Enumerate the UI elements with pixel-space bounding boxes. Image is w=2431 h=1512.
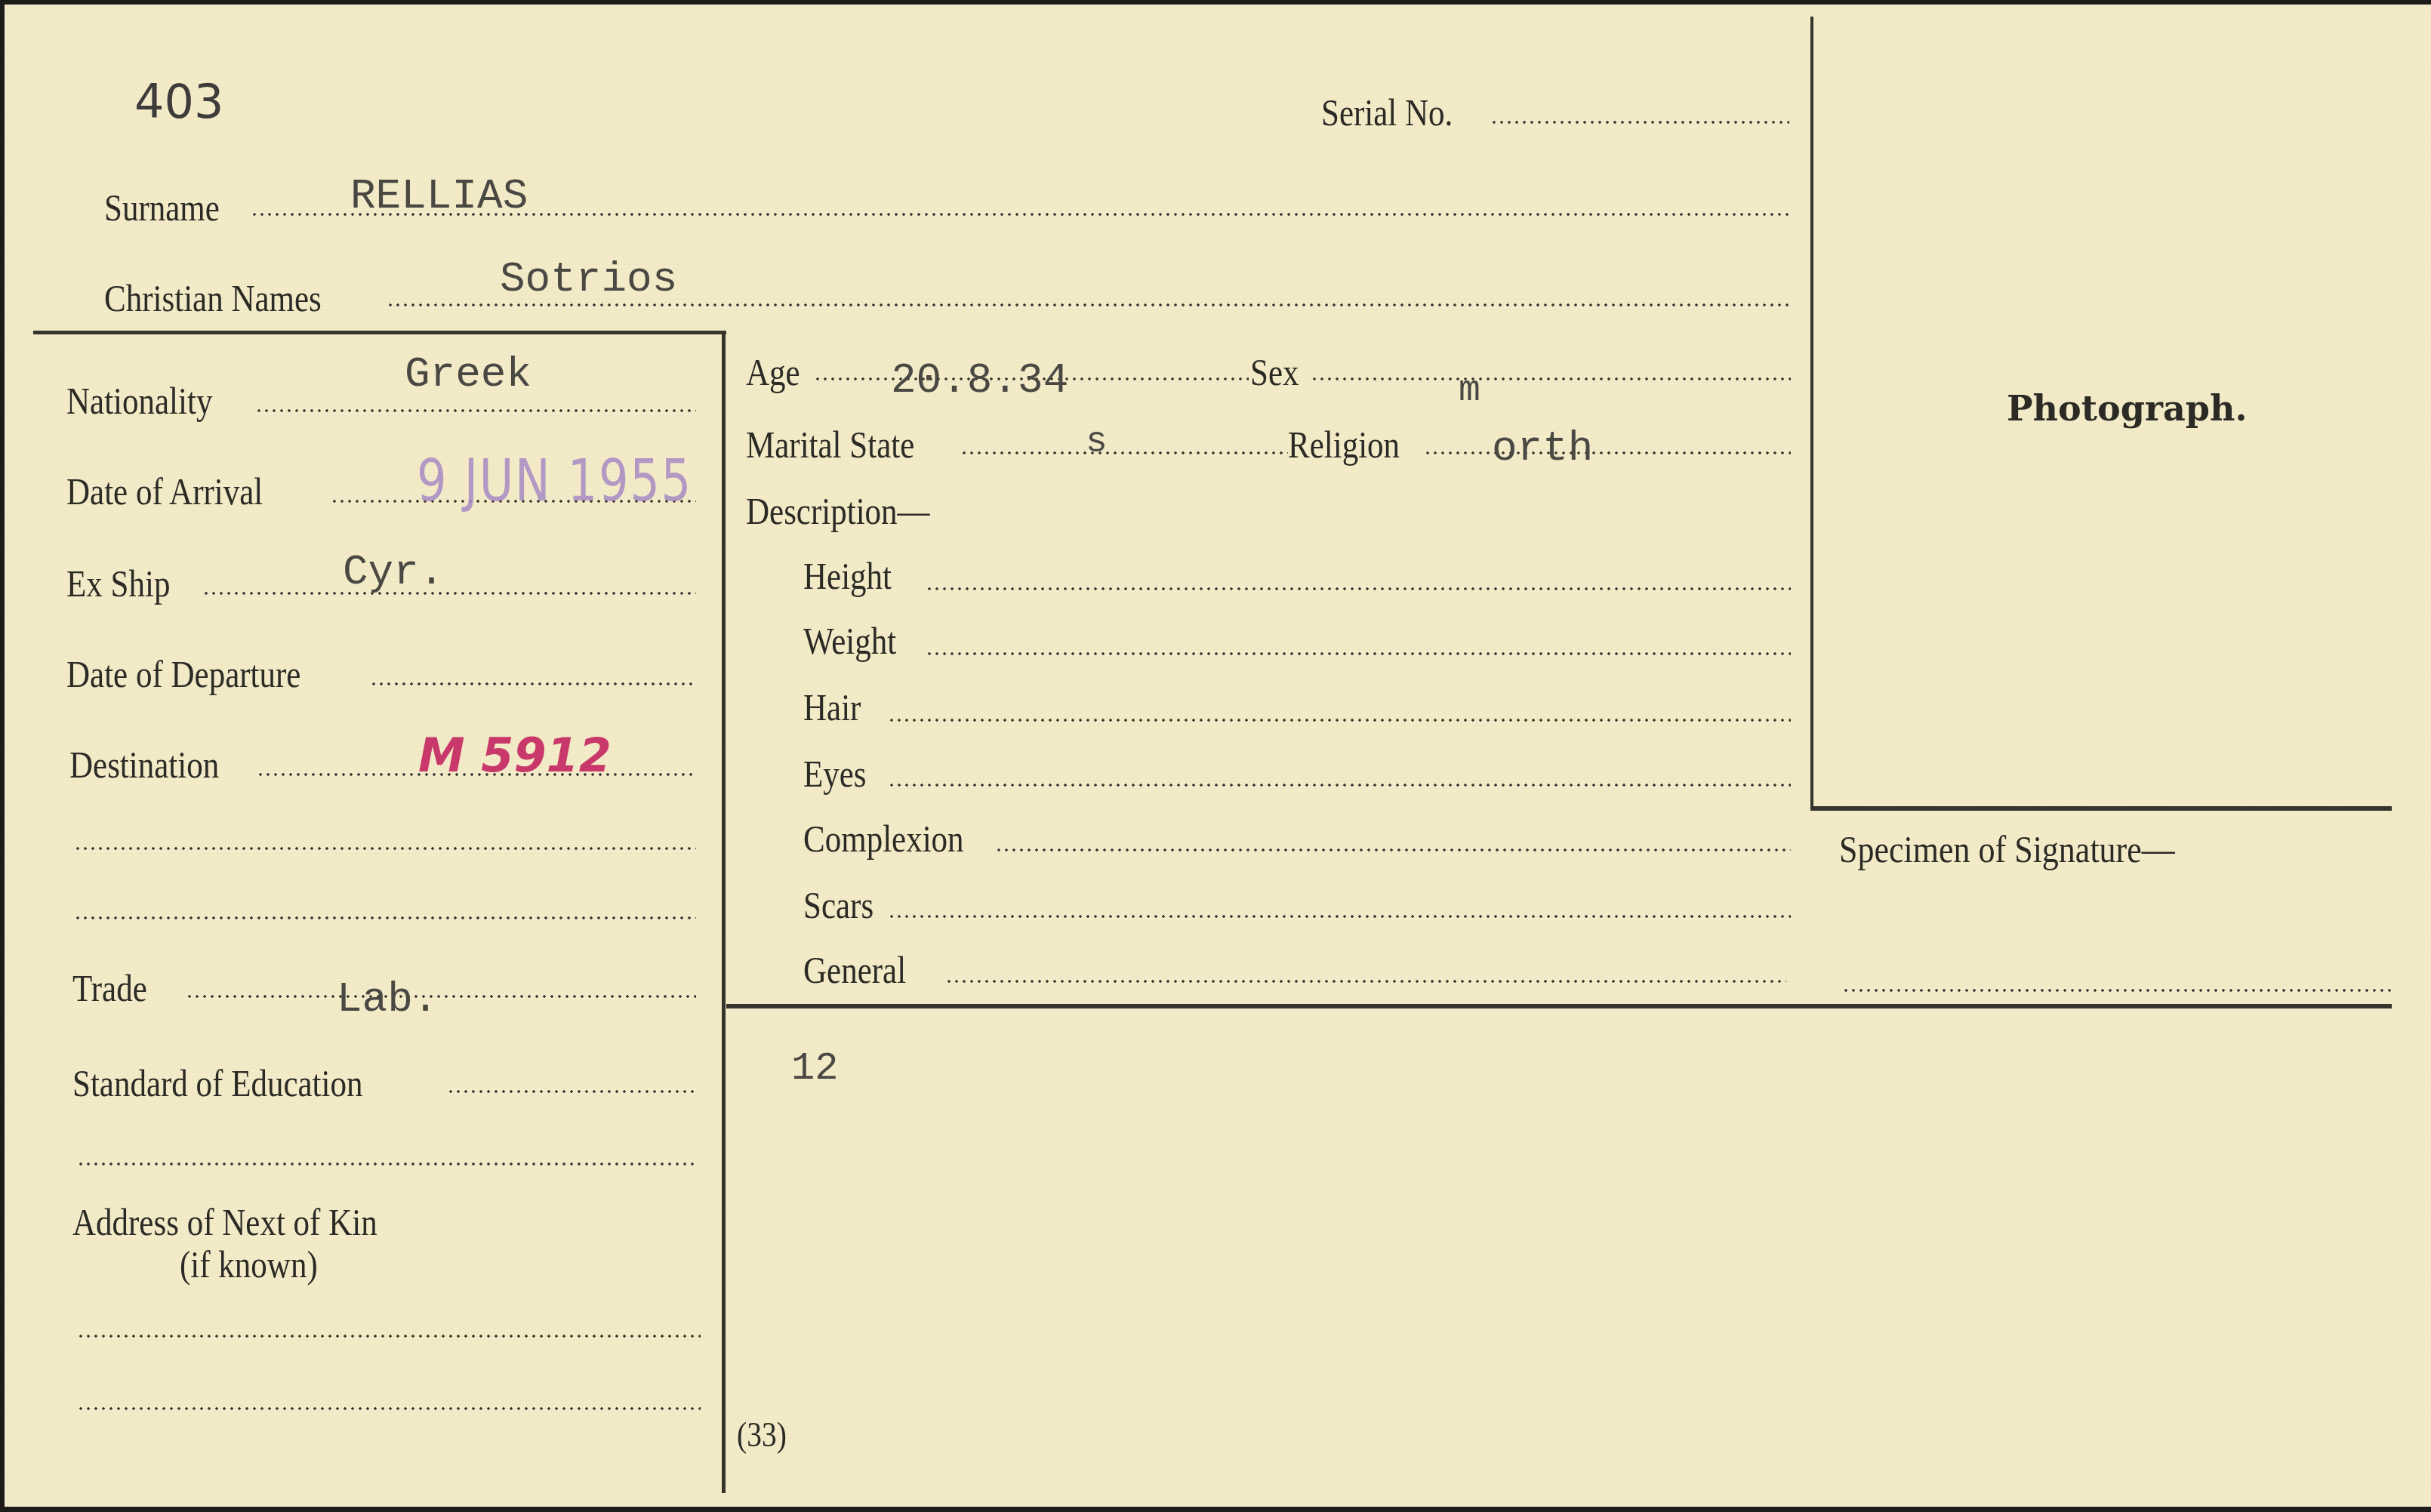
weight-label: Weight: [803, 622, 896, 660]
height-field[interactable]: [926, 587, 1791, 590]
date-of-departure-label: Date of Departure: [66, 655, 300, 693]
age-value: 20.8.34: [891, 359, 1068, 402]
photo-box-left-rule: [1810, 17, 1813, 811]
trade-value: Lab.: [337, 978, 438, 1021]
scars-field[interactable]: [888, 915, 1791, 918]
general-label: General: [803, 951, 906, 989]
signature-label: Specimen of Signature—: [1839, 827, 2175, 871]
serial-no-label: Serial No.: [1321, 94, 1453, 131]
complexion-field[interactable]: [995, 848, 1791, 851]
religion-field[interactable]: [1424, 451, 1791, 454]
left-panel-top-rule: [33, 331, 726, 334]
ex-ship-value: Cyr.: [343, 551, 444, 593]
christian-names-field[interactable]: [387, 303, 1791, 306]
address-next-of-kin-label: Address of Next of Kin: [72, 1203, 377, 1241]
destination-extra-line-2[interactable]: [74, 916, 696, 919]
weight-field[interactable]: [926, 652, 1791, 655]
form-number: (33): [737, 1418, 787, 1452]
address-if-known-label: (if known): [180, 1246, 318, 1283]
ex-ship-field[interactable]: [202, 592, 696, 595]
reference-number: 403: [134, 74, 223, 129]
sex-value: m: [1459, 373, 1480, 409]
christian-names-value: Sotrios: [500, 258, 677, 300]
date-of-departure-field[interactable]: [370, 682, 696, 685]
eyes-label: Eyes: [803, 755, 867, 793]
address-line-2[interactable]: [77, 1407, 701, 1410]
scars-label: Scars: [803, 886, 873, 924]
description-heading: Description—: [746, 492, 930, 530]
education-extra-line[interactable]: [77, 1162, 696, 1166]
marital-state-value: s: [1086, 424, 1108, 460]
date-of-arrival-label: Date of Arrival: [66, 473, 263, 510]
address-line-1[interactable]: [77, 1335, 701, 1338]
nationality-field[interactable]: [255, 409, 696, 412]
photo-box-bottom-rule: [1810, 806, 2392, 811]
eyes-field[interactable]: [888, 784, 1791, 787]
trade-field[interactable]: [186, 995, 696, 998]
description-bottom-rule: [726, 1004, 2392, 1009]
sex-field[interactable]: [1311, 377, 1791, 380]
general-field[interactable]: [945, 980, 1786, 983]
ex-ship-label: Ex Ship: [66, 565, 170, 602]
christian-names-label: Christian Names: [104, 279, 322, 317]
signature-field[interactable]: [1842, 989, 2393, 992]
arrival-date-stamp: 9 JUN 1955: [417, 447, 692, 514]
left-panel-divider: [722, 331, 726, 1493]
sex-label: Sex: [1250, 353, 1299, 391]
note-number: 12: [791, 1049, 838, 1089]
hair-field[interactable]: [888, 719, 1791, 722]
serial-no-field[interactable]: [1490, 121, 1789, 124]
destination-extra-line-1[interactable]: [74, 847, 696, 850]
religion-label: Religion: [1288, 426, 1400, 463]
standard-of-education-field[interactable]: [447, 1090, 695, 1093]
photograph-area: [1815, 17, 2392, 806]
complexion-label: Complexion: [803, 820, 964, 858]
hair-label: Hair: [803, 688, 861, 726]
age-label: Age: [746, 353, 800, 391]
height-label: Height: [803, 557, 892, 595]
alien-registration-card: 403 Serial No. Surname RELLIAS Christian…: [5, 5, 2431, 1507]
religion-value: orth: [1492, 427, 1593, 470]
destination-label: Destination: [69, 746, 219, 784]
nationality-value: Greek: [405, 353, 531, 396]
standard-of-education-label: Standard of Education: [72, 1064, 363, 1102]
surname-value: RELLIAS: [350, 175, 528, 217]
surname-label: Surname: [104, 189, 220, 226]
trade-label: Trade: [72, 969, 147, 1007]
destination-value: M 5912: [418, 728, 612, 783]
marital-state-label: Marital State: [746, 426, 914, 463]
marital-state-field[interactable]: [960, 451, 1288, 454]
nationality-label: Nationality: [66, 382, 212, 420]
